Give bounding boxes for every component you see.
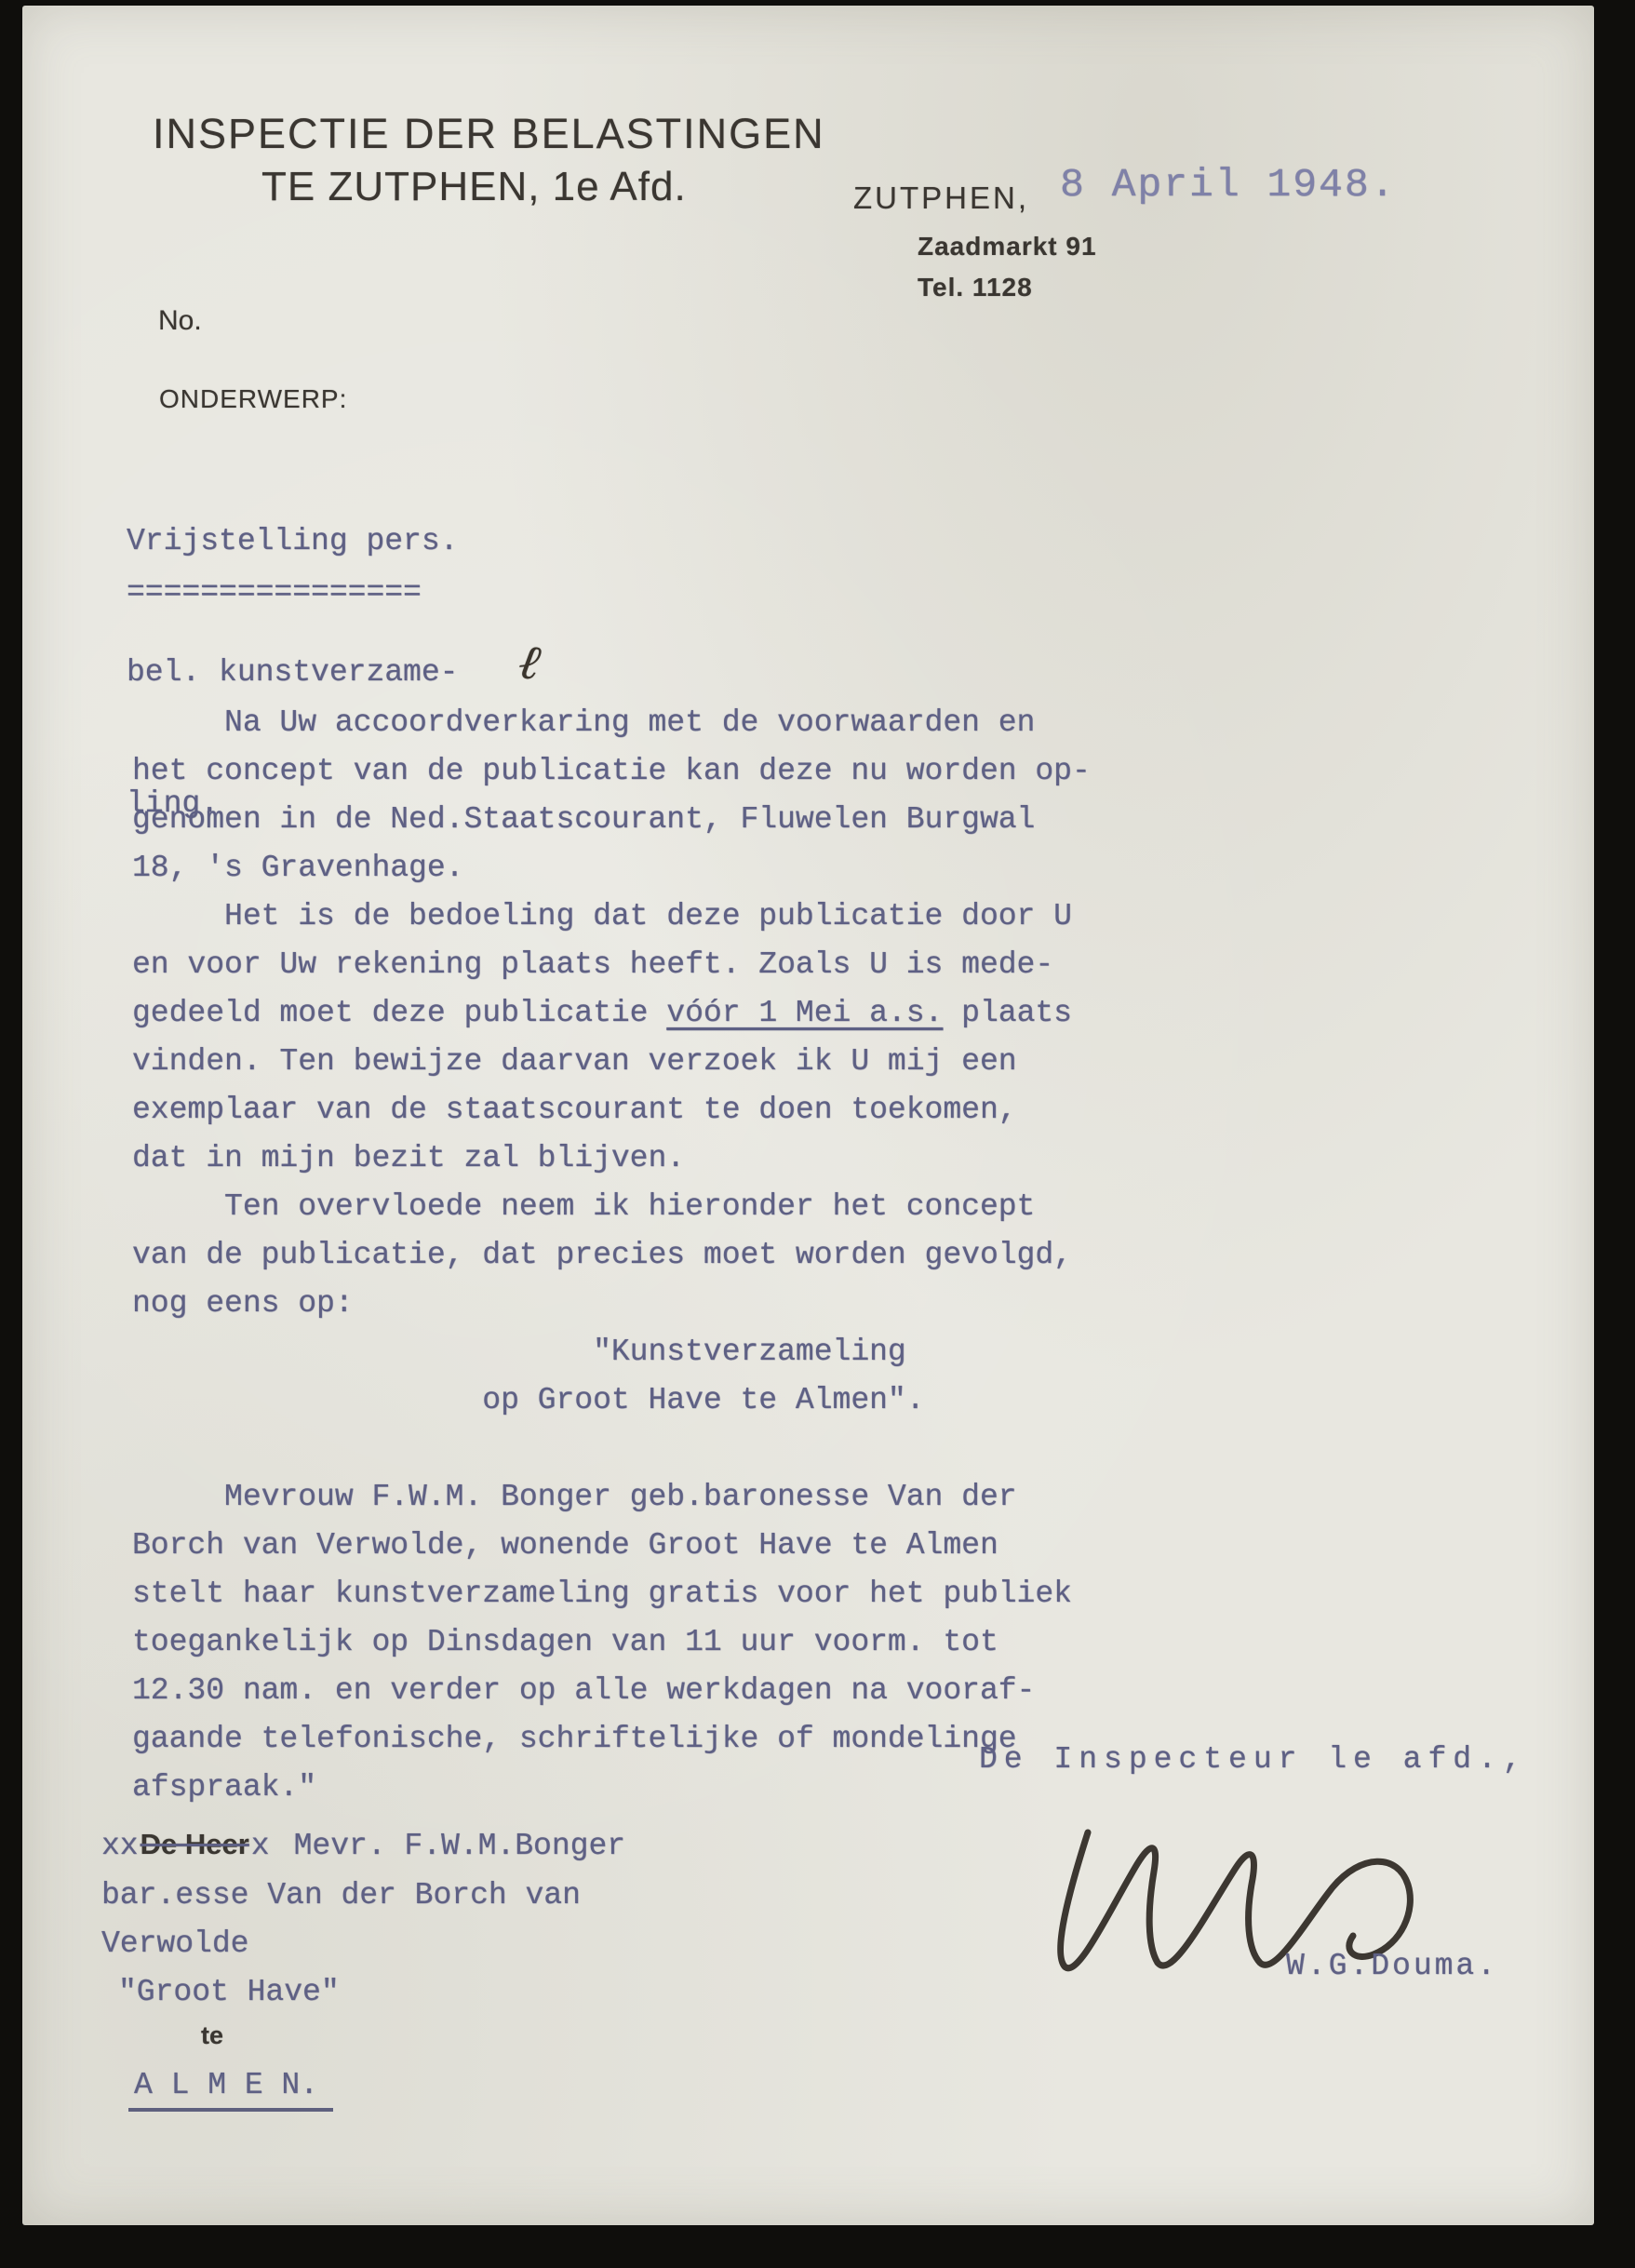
subject-underline-rule: ================ — [127, 575, 422, 610]
printed-te-label: te — [201, 2021, 223, 2050]
body-line: toegankelijk op Dinsdagen van 11 uur voo… — [132, 1618, 1091, 1667]
body-line: nog eens op: — [132, 1280, 1091, 1328]
letter-date: 8 April 1948. — [1060, 162, 1396, 208]
letter-paper: INSPECTIE DER BELASTINGEN TE ZUTPHEN, 1e… — [22, 6, 1594, 2225]
overstrike-x-prefix: xx — [101, 1829, 139, 1863]
recipient-line-2: bar.esse Van der Borch van — [101, 1878, 581, 1912]
printed-salutation-struck: De Heer — [141, 1828, 249, 1861]
recipient-line-4: "Groot Have" — [118, 1975, 340, 2009]
body-line: 18, 's Gravenhage. — [132, 844, 1091, 892]
body-line: Na Uw accoordverkaring met de voorwaarde… — [132, 699, 1091, 747]
body-line: exemplaar van de staatscourant te doen t… — [132, 1086, 1091, 1134]
body-underlined-text: vóór 1 Mei a.s. — [666, 996, 943, 1030]
photo-background: INSPECTIE DER BELASTINGEN TE ZUTPHEN, 1e… — [0, 0, 1635, 2268]
letterhead-org-line2: TE ZUTPHEN, 1e Afd. — [261, 164, 687, 210]
handwritten-correction-letter: ℓ — [515, 634, 544, 692]
body-line: Mevrouw F.W.M. Bonger geb.baronesse Van … — [132, 1473, 1091, 1522]
body-line: gedeeld moet deze publicatie vóór 1 Mei … — [132, 989, 1091, 1038]
body-line: stelt haar kunstverzameling gratis voor … — [132, 1570, 1091, 1618]
body-text: gedeeld moet deze publicatie — [132, 996, 666, 1030]
body-line: vinden. Ten bewijze daarvan verzoek ik U… — [132, 1038, 1091, 1086]
body-line: dat in mijn bezit zal blijven. — [132, 1134, 1091, 1183]
body-line: en voor Uw rekening plaats heeft. Zoals … — [132, 941, 1091, 989]
body-line: van de publicatie, dat precies moet word… — [132, 1231, 1091, 1280]
body-lines: Na Uw accoordverkaring met de voorwaarde… — [132, 699, 1091, 1812]
subject-line: bel. kunstverzame- — [127, 651, 458, 694]
body-line: Borch van Verwolde, wonende Groot Have t… — [132, 1522, 1091, 1570]
letterhead-street: Zaadmarkt 91 — [918, 232, 1097, 262]
closing-role: De Inspecteur le afd., — [979, 1742, 1528, 1777]
body-line: gaande telefonische, schriftelijke of mo… — [132, 1715, 1091, 1764]
recipient-line-3: Verwolde — [101, 1926, 248, 1961]
letterhead-phone: Tel. 1128 — [918, 273, 1033, 302]
body-line: 12.30 nam. en verder op alle werkdagen n… — [132, 1667, 1091, 1715]
overstrike-x-suffix: x — [251, 1829, 270, 1863]
letterhead-org-line1: INSPECTIE DER BELASTINGEN — [153, 110, 825, 158]
recipient-line-1: xx De Heer x Mevr. F.W.M.Bonger — [101, 1828, 625, 1863]
body-line: Ten overvloede neem ik hieronder het con… — [132, 1183, 1091, 1231]
recipient-typed-name: Mevr. F.W.M.Bonger — [294, 1829, 625, 1863]
body-line: op Groot Have te Almen". — [132, 1376, 1091, 1425]
body-line — [132, 1425, 1091, 1473]
body-line: afspraak." — [132, 1764, 1091, 1812]
signer-name: W.G.Douma. — [1286, 1949, 1498, 1983]
body-line: "Kunstverzameling — [132, 1328, 1091, 1376]
body-text: plaats — [943, 996, 1072, 1030]
number-label: No. — [158, 305, 202, 337]
body-line: Het is de bedoeling dat deze publicatie … — [132, 892, 1091, 941]
subject-line: Vrijstelling pers. — [127, 519, 458, 563]
letterhead-place: ZUTPHEN, — [853, 181, 1029, 216]
body-line: het concept van de publicatie kan deze n… — [132, 747, 1091, 796]
body-line: genomen in de Ned.Staatscourant, Fluwele… — [132, 796, 1091, 844]
subject-label: ONDERWERP: — [159, 384, 347, 414]
recipient-city: A L M E N. — [128, 2068, 333, 2112]
